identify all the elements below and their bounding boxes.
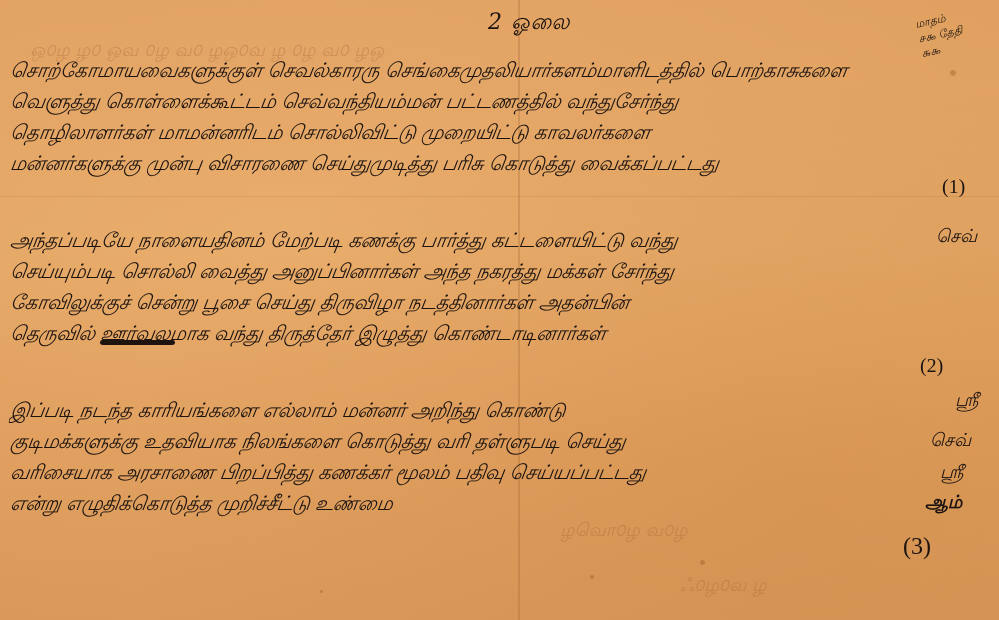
page-header: 2 ஓலை [488, 10, 571, 38]
text-line: வரிசையாக அரசாணை பிறப்பித்து கணக்கர் மூலம… [8, 460, 892, 491]
stain [320, 590, 323, 593]
paragraph-3: இப்படி நடந்த காரியங்களை எல்லாம் மன்னர் அ… [10, 398, 890, 522]
text-line: சொற்கோமாயவைகளுக்குள் செவல்காரரு செங்கைமு… [8, 58, 972, 89]
text-line: செய்யும்படி சொல்லி வைத்து அனுப்பினார்கள்… [8, 259, 912, 290]
side-note: செவ் [930, 430, 971, 453]
text-line: அந்தப்படியே நாளையதினம் மேற்படி கணக்கு பா… [8, 228, 912, 259]
text-line: தெருவில் ஊர்வலமாக வந்து திருத்தேர் இழுத்… [8, 321, 912, 352]
paragraph-marker-1: (1) [942, 176, 965, 199]
side-note: ஸ்ரீ [955, 390, 978, 413]
paragraph-marker-2: (2) [920, 355, 943, 378]
bleed-through-text: ஃ௦ழ௦வ ழ [680, 575, 767, 598]
side-note: ஸ்ரீ [940, 462, 963, 485]
text-line: இப்படி நடந்த காரியங்களை எல்லாம் மன்னர் அ… [8, 398, 892, 429]
side-note: செவ் [936, 226, 977, 249]
text-line: கோவிலுக்குச் சென்று பூசை செய்து திருவிழா… [8, 290, 912, 321]
manuscript-page: ஒ௦ழ ழ௦ ஒவ ௦ழ வ௦ ழஒ௦வ ழ ௦ழ வ௦ ழஒ ழவொ௦ழ வ௦… [0, 0, 999, 620]
text-line: தொழிலாளர்கள் மாமன்னரிடம் சொல்லிவிட்டு மு… [8, 120, 972, 151]
strike-through-mark [100, 340, 175, 345]
paragraph-2: அந்தப்படியே நாளையதினம் மேற்படி கணக்கு பா… [10, 228, 910, 352]
margin-note: மாதம் ௪௯ தேதி ௬௯ [914, 8, 967, 61]
paragraph-marker-3: (3) [903, 534, 931, 561]
stain [700, 560, 705, 565]
text-line: வெளுத்து கொள்ளைக்கூட்டம் செவ்வந்தியம்மன்… [8, 89, 972, 120]
paragraph-1: சொற்கோமாயவைகளுக்குள் செவல்காரரு செங்கைமு… [10, 58, 970, 182]
stain [590, 575, 594, 579]
text-line: மன்னர்களுக்கு முன்பு விசாரணை செய்துமுடித… [8, 151, 972, 182]
paper-fold-horizontal [0, 196, 999, 197]
text-line: குடிமக்களுக்கு உதவியாக நிலங்களை கொடுத்து… [8, 429, 892, 460]
text-line: என்று எழுதிக்கொடுத்த முறிச்சீட்டு உண்மை [8, 491, 892, 522]
bleed-through-text: ழவொ௦ழ வ௦ழ [560, 520, 688, 543]
side-note: ஆம் [925, 492, 962, 515]
